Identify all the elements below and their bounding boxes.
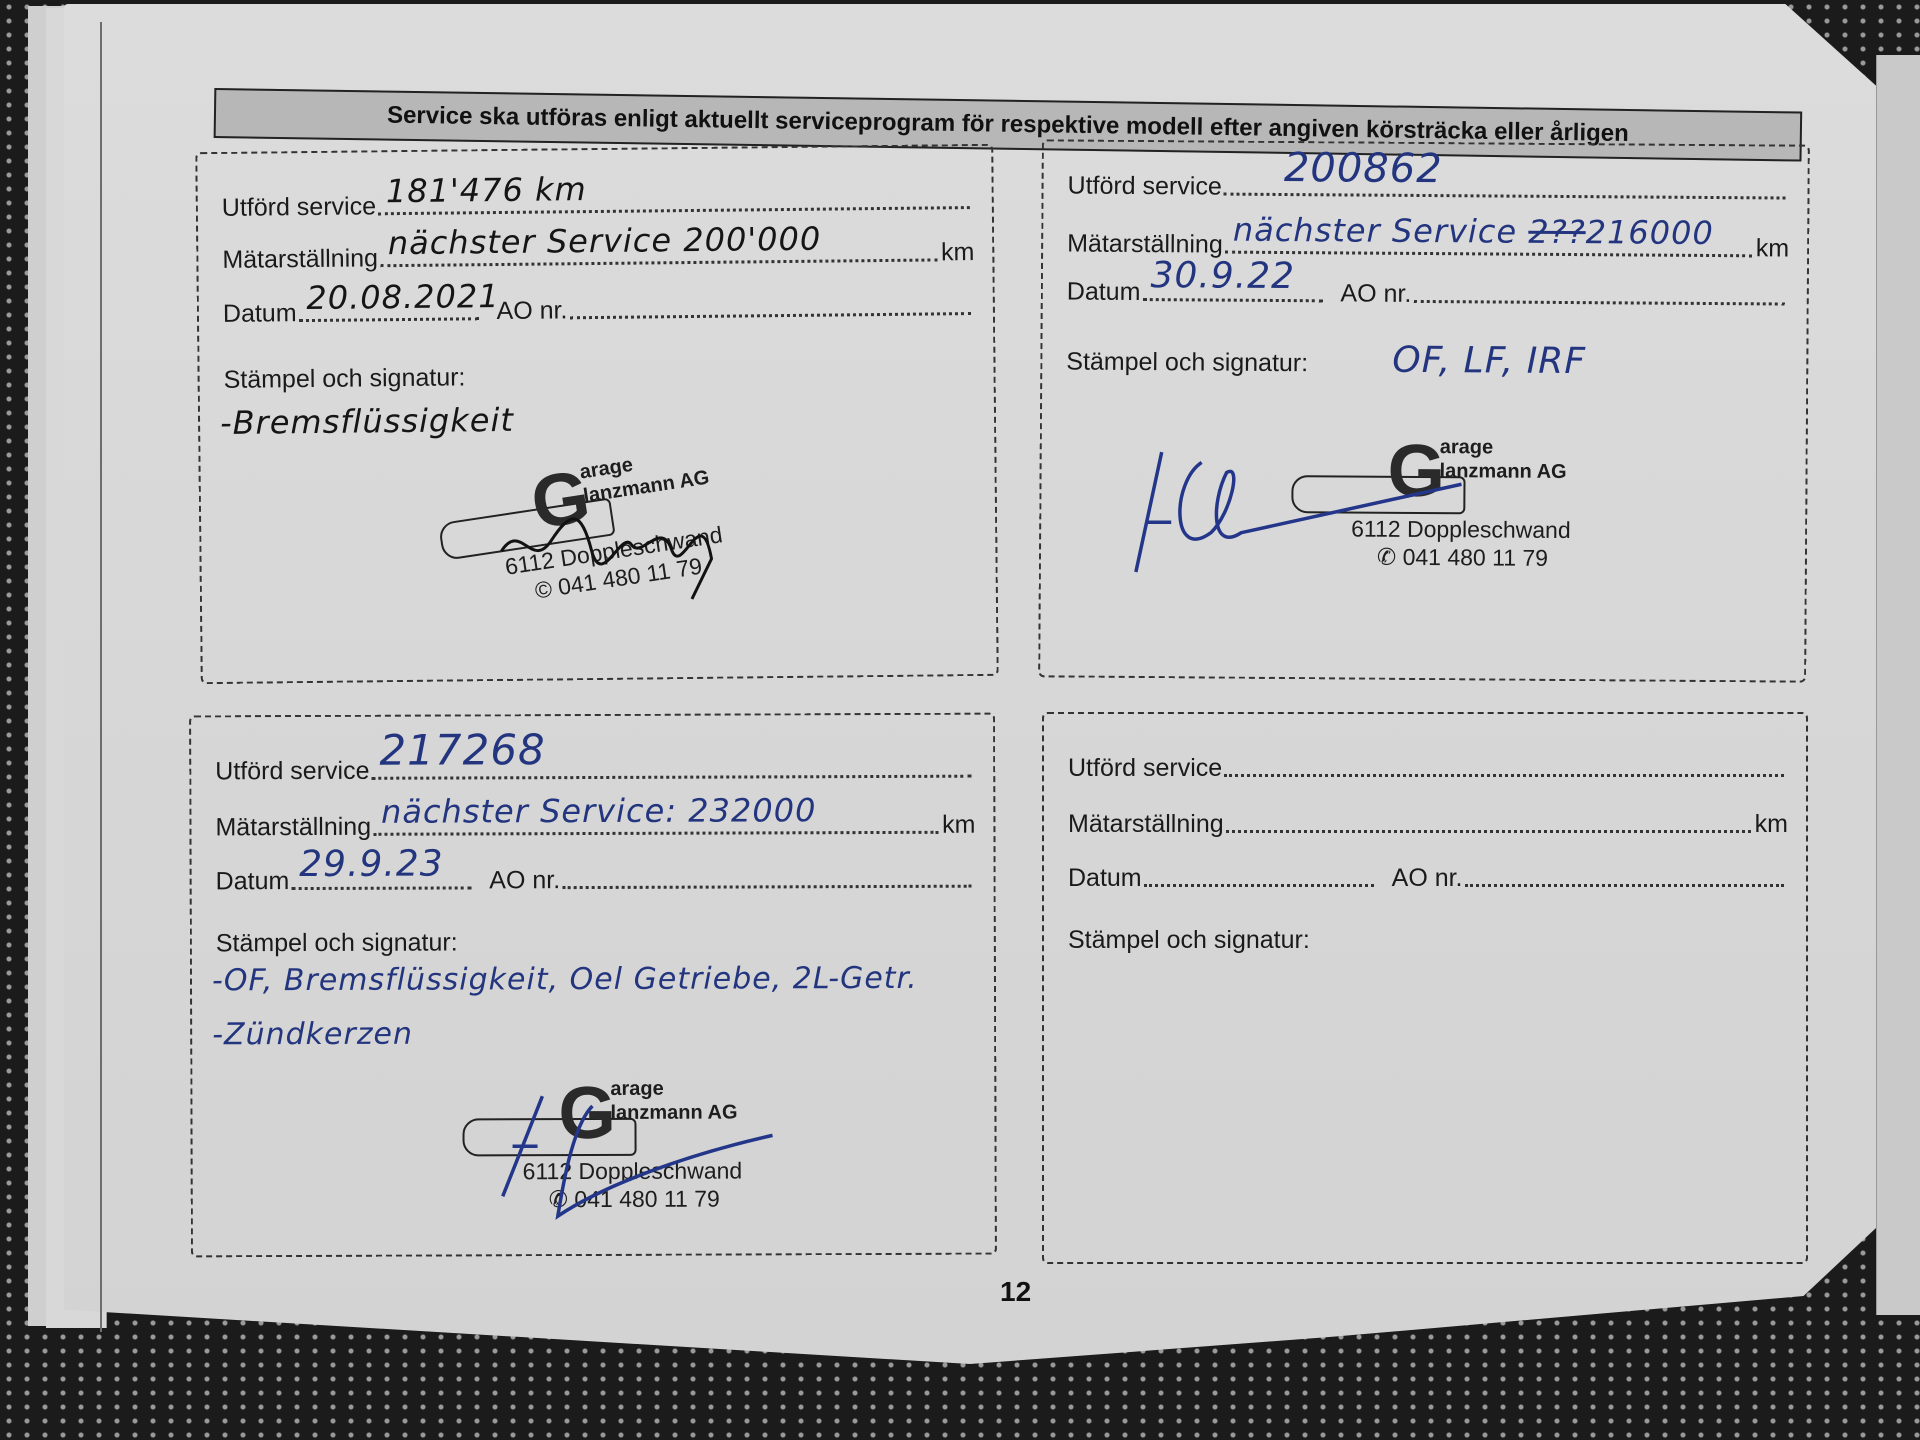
service-note: -Zündkerzen [212, 1017, 413, 1053]
odometer-value: nächster Service 2??216000 [1233, 211, 1714, 252]
km-unit: km [1756, 234, 1790, 263]
service-done-value: 181'476 km [386, 170, 587, 210]
date-value: 30.9.22 [1150, 255, 1295, 297]
date-row: Datum 20.08.2021 AO nr. [223, 292, 975, 329]
odometer-field[interactable] [1226, 828, 1751, 833]
service-done-label: Utförd service [215, 757, 369, 787]
signature-scribble [491, 489, 732, 612]
service-note: -OF, Bremsflüssigkeit, Oel Getriebe, 2L-… [212, 961, 918, 998]
service-done-label: Utförd service [222, 192, 377, 223]
date-row: Datum AO nr. [1068, 864, 1788, 893]
date-label: Datum [1068, 864, 1142, 893]
date-row: Datum 29.9.23 AO nr. [216, 865, 976, 897]
odometer-label: Mätarställning [1068, 810, 1224, 839]
stamp-signature-label: Stämpel och signatur: [223, 363, 465, 395]
service-done-value: 200862 [1284, 145, 1443, 192]
stamp-signature-label: Stämpel och signatur: [1068, 926, 1310, 955]
odometer-field[interactable]: nächster Service 2??216000 [1225, 249, 1752, 258]
service-done-row: Utförd service 181'476 km [222, 186, 974, 223]
facing-page-edge [1876, 55, 1920, 1315]
signature-scribble [482, 1085, 782, 1226]
odometer-row: Mätarställning nächster Service 200'000 … [222, 238, 974, 275]
service-record-3: Utförd service 217268 Mätarställning näc… [189, 713, 997, 1258]
stamp-signature-label: Stämpel och signatur: [216, 928, 458, 958]
ao-number-field[interactable] [569, 310, 971, 319]
service-done-field[interactable]: 200862 [1224, 191, 1786, 200]
service-done-row: Utförd service 217268 [215, 755, 975, 787]
date-label: Datum [1067, 278, 1141, 308]
odometer-field[interactable]: nächster Service 200'000 [380, 256, 937, 267]
odometer-field[interactable]: nächster Service: 232000 [373, 829, 938, 836]
date-label: Datum [223, 299, 297, 329]
service-done-field[interactable] [1224, 772, 1784, 777]
date-field[interactable]: 20.08.2021 [299, 315, 479, 322]
service-record-1: Utförd service 181'476 km Mätarställning… [195, 144, 999, 684]
ao-number-field[interactable] [1465, 882, 1784, 887]
ao-number-label: AO nr. [496, 296, 567, 326]
ao-number-label: AO nr. [1392, 864, 1463, 893]
stamp-signature-label: Stämpel och signatur: [1066, 348, 1308, 379]
ao-number-label: AO nr. [489, 866, 560, 895]
service-done-row: Utförd service 200862 [1067, 172, 1789, 206]
odometer-corrected-value: 216000 [1586, 213, 1714, 252]
date-field[interactable]: 29.9.23 [291, 884, 471, 890]
km-unit: km [942, 811, 975, 840]
ao-number-field[interactable] [1413, 298, 1785, 306]
date-value: 20.08.2021 [306, 277, 500, 317]
date-label: Datum [216, 867, 290, 896]
service-done-label: Utförd service [1067, 172, 1221, 202]
service-done-row: Utförd service [1068, 754, 1788, 783]
binding-line [100, 22, 102, 1332]
odometer-note: nächster Service [1233, 211, 1518, 251]
odometer-row: Mätarställning km [1068, 810, 1788, 839]
service-done-field[interactable]: 181'476 km [378, 204, 970, 215]
ao-number-field[interactable] [562, 883, 971, 889]
service-done-label: Utförd service [1068, 754, 1222, 783]
ao-number-label: AO nr. [1340, 279, 1411, 308]
date-field[interactable]: 30.9.22 [1142, 296, 1322, 302]
odometer-struck-value: 2?? [1528, 213, 1586, 251]
service-note: OF, LF, IRF [1392, 340, 1586, 382]
banner-text: Service ska utföras enligt aktuellt serv… [387, 102, 1629, 148]
odometer-value: nächster Service: 232000 [381, 791, 817, 831]
service-note: -Bremsflüssigkeit [220, 401, 514, 442]
date-row: Datum 30.9.22 AO nr. [1067, 278, 1789, 312]
odometer-label: Mätarställning [215, 813, 371, 843]
km-unit: km [1755, 810, 1788, 839]
km-unit: km [941, 238, 975, 267]
odometer-label: Mätarställning [222, 244, 378, 275]
page-number: 12 [1000, 1276, 1031, 1308]
service-done-value: 217268 [379, 725, 546, 775]
service-record-4: Utförd service Mätarställning km Datum A… [1042, 712, 1808, 1264]
odometer-row: Mätarställning nächster Service: 232000 … [215, 811, 975, 843]
date-value: 29.9.23 [299, 844, 444, 886]
date-field[interactable] [1144, 882, 1374, 887]
odometer-value: nächster Service 200'000 [388, 220, 822, 263]
service-done-field[interactable]: 217268 [371, 773, 971, 780]
service-record-2: Utförd service 200862 Mätarställning näc… [1038, 139, 1810, 682]
signature-scribble [1131, 442, 1472, 584]
